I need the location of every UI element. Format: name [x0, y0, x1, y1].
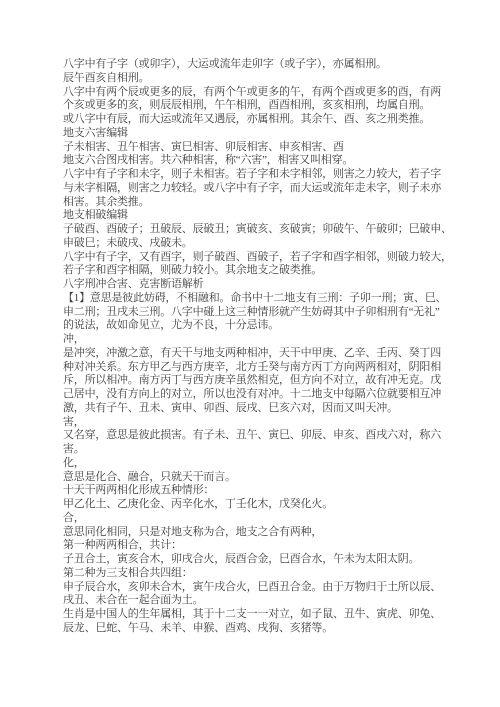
text-line: 八字中有两个辰或更多的辰，有两个午或更多的午，有两个酉或更多的酉，有两	[63, 86, 445, 100]
document-page: 八字中有子字（或卯字），大运或流年走卯字（或子字），亦属相刑。辰午酉亥自相刑。八…	[0, 0, 500, 707]
text-line: 子丑合土，寅亥合木，卯戌合火，辰酉合金，巳酉合水，午未为太阳太阴。	[63, 553, 445, 567]
text-line: 又名穿，意思是彼此损害。有子未、丑午、寅巳、卯辰、申亥、酉戌六对，称六	[63, 429, 445, 443]
text-line: 八字刑冲合害、克害断语解析	[63, 278, 445, 292]
text-line: 化，	[63, 457, 445, 471]
text-line: 申子辰合水，亥卯未合木，寅午戌合火，巳酉丑合金。由于万物归于土所以辰、	[63, 581, 445, 595]
text-line: 种对冲关系。东方甲乙与西方庚辛，北方壬癸与南方丙丁方向两两相对，阴阳相	[63, 361, 445, 375]
text-line: 合，	[63, 512, 445, 526]
text-line: 辰龙、巳蛇、午马、未羊、申猴、酉鸡、戌狗、亥猪等。	[63, 622, 445, 636]
text-line: 子破酉、酉破子；丑破辰、辰破丑；寅破亥、亥破寅；卯破午、午破卯；巳破申、	[63, 223, 445, 237]
text-line: 个亥或更多的亥，则辰辰相刑，午午相刑，酉酉相刑，亥亥相刑，均属自刑。	[63, 99, 445, 113]
text-line: 意思是化合、融合，只就天干而言。	[63, 471, 445, 485]
text-line: 的说法，故如命见立，尤为不良，十分忌讳。	[63, 319, 445, 333]
text-line: 与未字相隔，则害之力较轻。或八字中有子字，而大运或流年走未字，则子未亦	[63, 182, 445, 196]
text-line: 申二刑；丑戌未三刑。八字中碰上这三种情形就产生妨碍其中子卯相刑有“无礼”	[63, 306, 445, 320]
text-line: 八字中有子字（或卯字），大运或流年走卯字（或子字），亦属相刑。	[63, 58, 445, 72]
text-line: 【1】意思是彼此妨碍，不相融和。命书中十二地支有三刑：子卯一刑；寅、巳、	[63, 292, 445, 306]
text-line: 十天干两两相化形成五种情形：	[63, 484, 445, 498]
text-line: 害，	[63, 416, 445, 430]
text-line: 八字中有子字和未字，则子未相害。若子字和未字相邻，则害之力较大，若子字	[63, 168, 445, 182]
text-line: 地支相破编辑	[63, 209, 445, 223]
text-line: 八字中有子字，又有酉字，则子破酉、酉破子，若子字和酉字相邻，则破力较大，	[63, 251, 445, 265]
text-line: 冲，	[63, 333, 445, 347]
text-line: 斥，所以相冲。南方丙丁与西方庚辛虽然相克，但方向不对立，故有冲无克。戊	[63, 374, 445, 388]
text-line: 己居中，没有方向上的对立，所以也没有对冲。十二地支中每隔六位就要相互冲	[63, 388, 445, 402]
text-line: 戌丑、未合在一起合面为土。	[63, 594, 445, 608]
text-line: 生肖是中国人的生年属相，其于十二支一一对立，如子鼠、丑牛、寅虎、卯兔、	[63, 608, 445, 622]
text-line: 申破巳；未破戌、戌破未。	[63, 237, 445, 251]
text-line: 甲乙化土、乙庚化金、丙辛化水，丁壬化木，戊癸化火。	[63, 498, 445, 512]
text-line: 第一种两两相合，共计：	[63, 539, 445, 553]
text-line: 是冲突，冲激之意，有天干与地支两种相冲，天干中甲庚、乙辛、壬丙、癸丁四	[63, 347, 445, 361]
document-text: 八字中有子字（或卯字），大运或流年走卯字（或子字），亦属相刑。辰午酉亥自相刑。八…	[63, 58, 445, 636]
text-line: 第二种为三支相合共四组：	[63, 567, 445, 581]
text-line: 激，共有子午、丑未、寅申、卯酉、辰戌、巳亥六对，因而又叫天冲。	[63, 402, 445, 416]
text-line: 地支六害编辑	[63, 127, 445, 141]
text-line: 意思同化相同，只是对地支称为合，地支之合有两种，	[63, 526, 445, 540]
text-line: 辰午酉亥自相刑。	[63, 72, 445, 86]
text-line: 子未相害、丑午相害、寅巳相害、卯辰相害、申亥相害、酉	[63, 141, 445, 155]
text-line: 相害。其余类推。	[63, 196, 445, 210]
text-line: 或八字中有辰，而大运或流年又遇辰，亦属相刑。其余午、酉、亥之刑类推。	[63, 113, 445, 127]
text-line: 地支六合图戌相害。共六种相害，称“六害”，相害又叫相穿。	[63, 154, 445, 168]
text-line: 害。	[63, 443, 445, 457]
text-line: 若子字和酉字相隔，则破力较小。其余地支之破类推。	[63, 264, 445, 278]
